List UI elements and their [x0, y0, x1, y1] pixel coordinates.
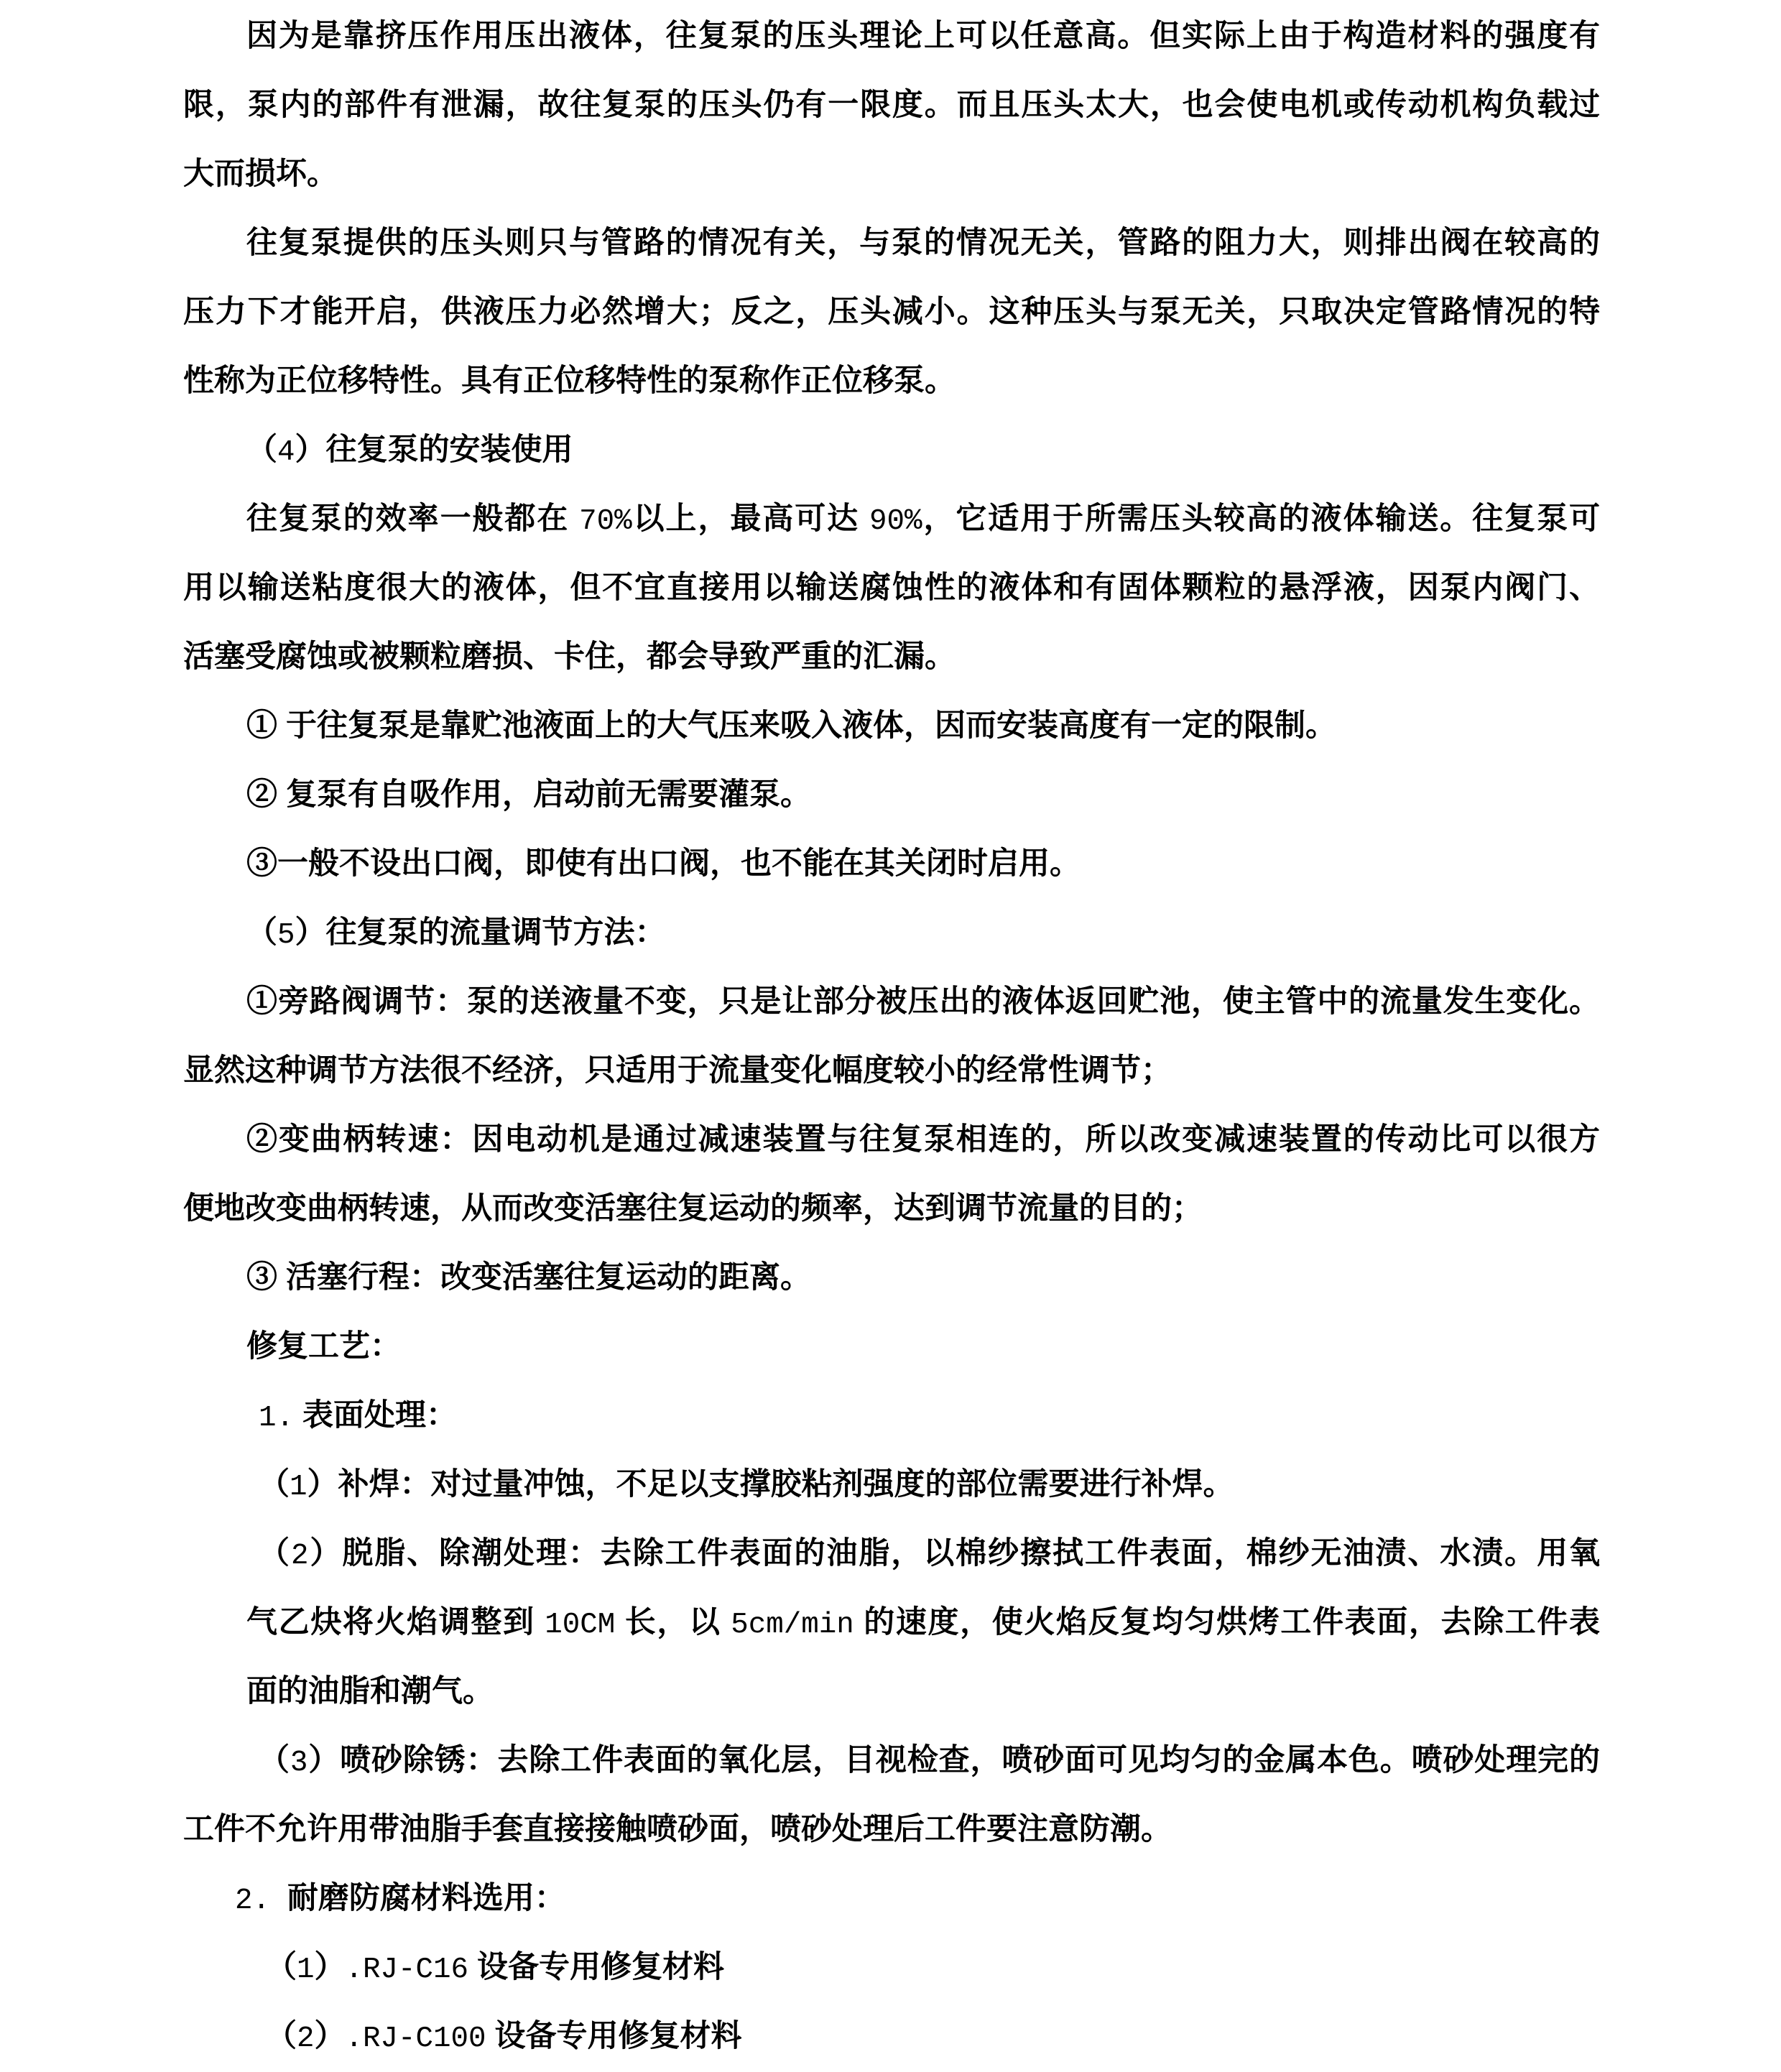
- list-item-degrease-line1: （2）脱脂、除潮处理：去除工件表面的油脂，以棉纱擦拭工件表面，棉纱无油渍、水渍。…: [259, 1519, 1600, 1588]
- paragraph-efficiency-line2: 用以输送粘度很大的液体，但不宜直接用以输送腐蚀性的液体和有固体颗粒的悬浮液，因泵…: [183, 553, 1600, 622]
- paragraph-efficiency-line3: 活塞受腐蚀或被颗粒磨损、卡住，都会导致严重的汇漏。: [183, 622, 1600, 691]
- list-item-crank-speed-line2: 便地改变曲柄转速，从而改变活塞往复运动的频率，达到调节流量的目的；: [183, 1174, 1600, 1243]
- paragraph-pressure-line3: 大而损坏。: [183, 139, 1600, 208]
- list-item-crank-speed-line1: ②变曲柄转速：因电动机是通过减速装置与往复泵相连的，所以改变减速装置的传动比可以…: [246, 1105, 1600, 1174]
- list-item-degrease-line2: 气乙炔将火焰调整到 10CM 长，以 5cm/min 的速度，使火焰反复均匀烘烤…: [246, 1588, 1600, 1657]
- list-item-bypass-valve-line1: ①旁路阀调节：泵的送液量不变，只是让部分被压出的液体返回贮池，使主管中的流量发生…: [246, 967, 1600, 1036]
- section-heading-install-usage: （4）往复泵的安装使用: [246, 415, 1600, 484]
- document-page: 因为是靠挤压作用压出液体，往复泵的压头理论上可以任意高。但实际上由于构造材料的强…: [0, 0, 1781, 2072]
- list-item-material-rj-c100: （2）.RJ-C100 设备专用修复材料: [266, 2002, 1600, 2071]
- paragraph-pressure-line2: 限，泵内的部件有泄漏，故往复泵的压头仍有一限度。而且压头太大，也会使电机或传动机…: [183, 70, 1600, 139]
- repair-process-heading: 修复工艺：: [246, 1312, 1600, 1381]
- paragraph-head-line1: 往复泵提供的压头则只与管路的情况有关，与泵的情况无关，管路的阻力大，则排出阀在较…: [246, 208, 1600, 277]
- list-item-circled-2-self-priming: ② 复泵有自吸作用，启动前无需要灌泵。: [246, 760, 1600, 829]
- list-item-sandblast-line1: （3）喷砂除锈：去除工件表面的氧化层，目视检查，喷砂面可见均匀的金属本色。喷砂处…: [259, 1726, 1600, 1795]
- list-item-material-rj-c16: （1）.RJ-C16 设备专用修复材料: [266, 1933, 1600, 2002]
- paragraph-head-line2: 压力下才能开启，供液压力必然增大；反之，压头减小。这种压头与泵无关，只取决定管路…: [183, 277, 1600, 346]
- paragraph-pressure-line1: 因为是靠挤压作用压出液体，往复泵的压头理论上可以任意高。但实际上由于构造材料的强…: [246, 1, 1600, 70]
- list-item-degrease-line3: 面的油脂和潮气。: [246, 1657, 1600, 1726]
- list-item-circled-3-outlet-valve: ③一般不设出口阀，即使有出口阀，也不能在其关闭时启用。: [246, 829, 1600, 898]
- paragraph-efficiency-line1: 往复泵的效率一般都在 70%以上，最高可达 90%，它适用于所需压头较高的液体输…: [246, 484, 1600, 553]
- document-text-block: 因为是靠挤压作用压出液体，往复泵的压头理论上可以任意高。但实际上由于构造材料的强…: [183, 1, 1600, 2071]
- section-heading-flow-regulation: （5）往复泵的流量调节方法：: [246, 898, 1600, 967]
- list-item-weld-repair: （1）补焊：对过量冲蚀，不足以支撑胶粘剂强度的部位需要进行补焊。: [259, 1450, 1600, 1519]
- paragraph-head-line3: 性称为正位移特性。具有正位移特性的泵称作正位移泵。: [183, 346, 1600, 415]
- surface-treatment-heading: 1. 表面处理：: [259, 1381, 1600, 1450]
- list-item-bypass-valve-line2: 显然这种调节方法很不经济，只适用于流量变化幅度较小的经常性调节；: [183, 1036, 1600, 1105]
- list-item-piston-stroke: ③ 活塞行程：改变活塞往复运动的距离。: [246, 1243, 1600, 1312]
- material-selection-heading: 2. 耐磨防腐材料选用：: [235, 1864, 1600, 1933]
- list-item-circled-1-suction: ① 于往复泵是靠贮池液面上的大气压来吸入液体，因而安装高度有一定的限制。: [246, 691, 1600, 760]
- list-item-sandblast-line2: 工件不允许用带油脂手套直接接触喷砂面，喷砂处理后工件要注意防潮。: [183, 1795, 1600, 1864]
